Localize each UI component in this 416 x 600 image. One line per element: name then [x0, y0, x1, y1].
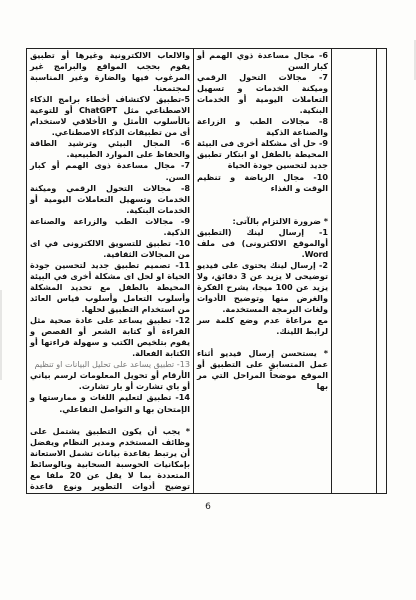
scan-artifact: [0, 290, 2, 380]
list-item: 10- مجال الرياضة و تنظيم الوقت و الغذاء: [197, 172, 328, 194]
list-item: 9- مجالات الطب والزراعة والصناعة الذكية.: [30, 216, 190, 238]
list-item: 12- تطبيق يساعد على عادة صحية مثل القراء…: [30, 315, 190, 359]
list-item: 2- إرسال لينك يحتوى على فيديو توضيحى لا …: [197, 260, 328, 315]
list-item: والالعاب الالكترونية وغيرها أو تطبيق يقو…: [30, 50, 190, 94]
list-item: 8- مجالات الطب و الزراعة والصناعة الذكية: [197, 116, 328, 138]
table-column-empty: [331, 49, 376, 493]
table-column-middle: 6- مجال مساعدة ذوي الهمم أو كبار السن 7-…: [193, 49, 331, 493]
list-item: 14- تطبيق لتعليم اللغات و ممارستها و الإ…: [30, 392, 190, 414]
table-column-left: والالعاب الالكترونية وغيرها أو تطبيق يقو…: [27, 49, 193, 493]
list-item: 1- إرسال لينك (التطبيق أوالموقع الالكترو…: [197, 227, 328, 260]
list-item: 7- مجالات التحول الرقمي وميكنة الخدمات و…: [197, 72, 328, 116]
list-item: 7- مجال مساعدة ذوى الهمم أو كبار السن.: [30, 160, 190, 182]
list-item: 6- مجال مساعدة ذوي الهمم أو كبار السن: [197, 50, 328, 72]
list-item: مع مراعاة عدم وضع كلمة سر لرابط اللينك.: [197, 315, 328, 337]
preferred-note: * يستحسن إرسال فيديو أثناء عمل المتسابق …: [197, 348, 328, 392]
list-item: 11- تصميم تطبيق جديد لتحسين جودة الحياة …: [30, 260, 190, 315]
list-item: 9- حل أى مشكلة أخرى فى البيئة المحيطة با…: [197, 138, 328, 171]
table-column-narrow: [376, 49, 386, 493]
list-item: 6- المجال البيئي وترشيد الطاقة والحفاظ ع…: [30, 138, 190, 160]
commitment-title: * ضرورة الالتزام بالآتى:: [197, 216, 328, 227]
list-item: 5-تطبيق لاكتشاف أخطاء برامج الذكاء الاصط…: [30, 94, 190, 138]
page-number: 6: [200, 502, 216, 512]
content-table: 6- مجال مساعدة ذوي الهمم أو كبار السن 7-…: [26, 48, 387, 494]
requirement-note: * يجب أن يكون التطبيق يشتمل على وظائف ال…: [30, 426, 190, 493]
list-item: 8- مجالات التحول الرقمي وميكنة الخدمات و…: [30, 183, 190, 216]
list-item-faded: 13- تطبيق يساعد على تحليل البيانات او تن…: [30, 359, 190, 370]
list-item: 10- تطبيق للتسويق الالكترونى في اى من ال…: [30, 238, 190, 260]
list-item: الأرقام أو تحويل المعلومات لرسم بياني أو…: [30, 370, 190, 392]
